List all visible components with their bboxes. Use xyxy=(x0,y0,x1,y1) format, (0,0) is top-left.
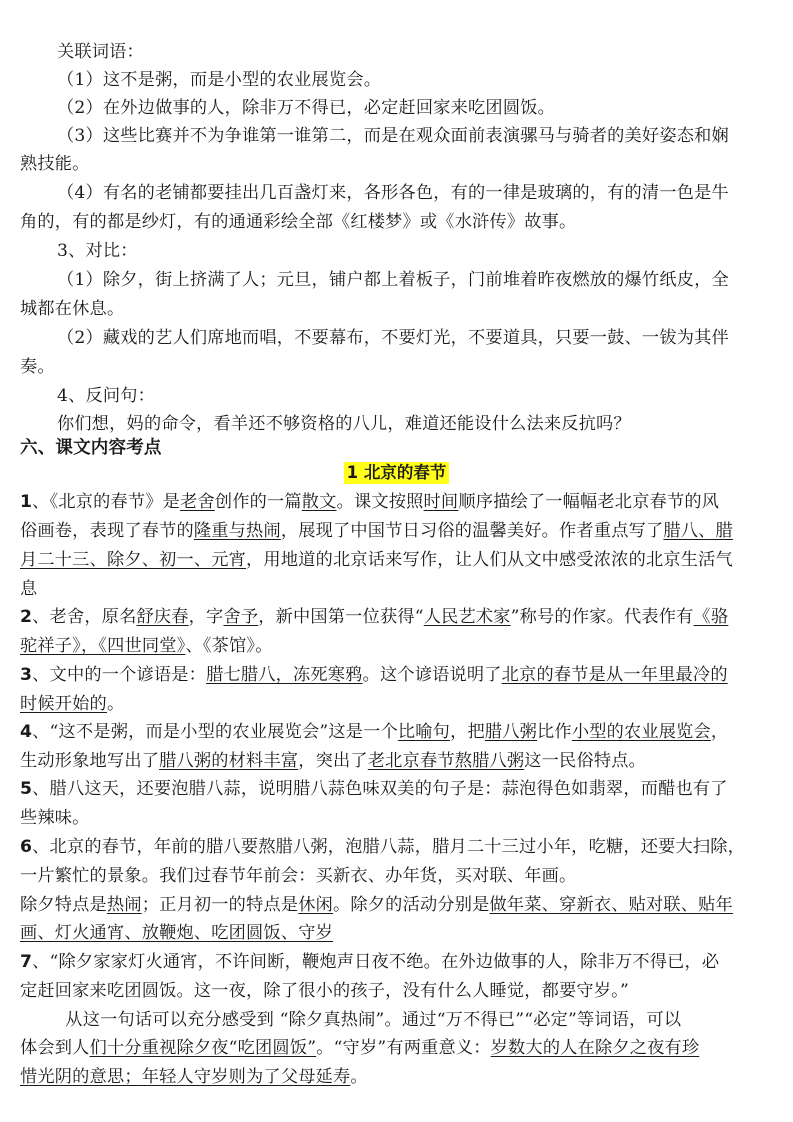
lesson-title-row: 1 北京的春节 xyxy=(0,462,793,484)
underlined-answer: 舍予 xyxy=(223,607,258,627)
text-segment: 。“守岁”有两重意义： xyxy=(316,1038,490,1058)
rhetorical-heading: 4、反问句： xyxy=(0,384,793,408)
point-3-line-1: 3、文中的一个谚语是：腊七腊八，冻死寒鸦。这个谚语说明了北京的春节是从一年里最冷… xyxy=(0,663,793,687)
related-words-item-4-cont: 角的，有的都是纱灯，有的通通彩绘全部《红楼梦》或《水浒传》故事。 xyxy=(0,210,793,234)
underlined-answer: 老舍 xyxy=(180,492,215,512)
contrast-item-1: （1）除夕，街上挤满了人；元旦，铺户都上着板子，门前堆着昨夜燃放的爆竹纸皮，全 xyxy=(0,268,793,292)
related-words-item-3: （3）这些比赛并不为争谁第一谁第二，而是在观众面前表演骡马与骑者的美好姿态和娴 xyxy=(0,124,793,148)
related-words-item-3-cont: 熟技能。 xyxy=(0,152,793,176)
related-words-item-1: （1）这不是粥，而是小型的农业展览会。 xyxy=(0,68,793,92)
contrast-item-2-cont: 奏。 xyxy=(0,355,793,379)
underlined-answer: 小型的农业展览会 xyxy=(572,722,711,742)
rhetorical-item-1: 你们想，妈的命令，看羊还不够资格的八儿，难道还能设什么法来反抗吗？ xyxy=(0,412,793,436)
point-1-line-2: 俗画卷，表现了春节的隆重与热闹，展现了中国节日习俗的温馨美好。作者重点写了腊八、… xyxy=(0,519,793,543)
related-words-item-2: （2）在外边做事的人，除非万不得已，必定赶回家来吃团圆饭。 xyxy=(0,96,793,120)
text-segment: 除夕特点是 xyxy=(20,895,107,915)
text-segment: 、腊八这天，还要泡腊八蒜，说明腊八蒜色味双美的句子是：蒜泡得色如翡翠，而醋也有了 xyxy=(32,779,728,799)
point-7-line-2: 定赶回家来吃团圆饭。这一夜，除了很小的孩子，没有什么人睡觉，都要守岁。” xyxy=(0,979,793,1003)
underlined-answer: 岁数大的人在除夕之夜有珍 xyxy=(491,1038,700,1058)
point-7-line-1: 7、“除夕家家灯火通宵，不许间断，鞭炮声日夜不绝。在外边做事的人，除非万不得已，… xyxy=(0,950,793,974)
underlined-answer: 散文 xyxy=(302,492,337,512)
point-6-line-4: 画、灯火通宵、放鞭炮、吃团圆饭、守岁 xyxy=(0,921,793,945)
point-4-line-1: 4、“这不是粥，而是小型的农业展览会”这是一个比喻句，把腊八粥比作小型的农业展览… xyxy=(0,720,793,744)
text-segment: 。这个谚语说明了 xyxy=(363,665,502,685)
underlined-answer: 时候开始的 xyxy=(20,694,107,714)
point-number: 6 xyxy=(20,837,32,857)
underlined-answer: 做年菜、穿新衣、贴对联、贴年 xyxy=(490,895,733,915)
underlined-answer: 驼祥子》，《四世同堂》 xyxy=(20,636,185,656)
point-1-line-1: 1、《北京的春节》是老舍创作的一篇散文。课文按照时间顺序描绘了一幅幅老北京春节的… xyxy=(0,490,793,514)
text-segment: 这一民俗特点。 xyxy=(524,751,646,771)
underlined-answer: 月二十三、除夕、初一、元宵 xyxy=(20,550,246,570)
underlined-answer: 腊八粥的材料丰富 xyxy=(159,751,298,771)
text-segment: 体会到人 xyxy=(20,1038,90,1058)
text-segment: ，新中国第一位获得“ xyxy=(258,607,423,627)
related-words-item-4: （4）有名的老铺都要挂出几百盏灯来，各形各色，有的一律是玻璃的，有的清一色是牛 xyxy=(0,181,793,205)
point-1-line-4: 息 xyxy=(0,577,793,601)
underlined-answer: 热闹 xyxy=(107,895,142,915)
text-segment: ，字 xyxy=(189,607,224,627)
text-segment: ”称号的作家。代表作有 xyxy=(511,607,694,627)
text-segment: 。 xyxy=(350,1067,367,1087)
point-4-line-2: 生动形象地写出了腊八粥的材料丰富，突出了老北京春节熬腊八粥这一民俗特点。 xyxy=(0,749,793,773)
text-segment: 定赶回家来吃团圆饭。这一夜，除了很小的孩子，没有什么人睡觉，都要守岁。” xyxy=(20,981,629,1001)
text-segment: 些辣味。 xyxy=(20,808,90,828)
underlined-answer: 老北京春节熬腊八粥 xyxy=(368,751,525,771)
underlined-answer: 比喻句 xyxy=(398,722,450,742)
text-segment: 。除夕的活动分别是 xyxy=(333,895,490,915)
point-5-line-1: 5、腊八这天，还要泡腊八蒜，说明腊八蒜色味双美的句子是：蒜泡得色如翡翠，而醋也有… xyxy=(0,777,793,801)
underlined-answer: 腊八粥 xyxy=(485,722,537,742)
point-2-line-2: 驼祥子》，《四世同堂》、《茶馆》。 xyxy=(0,634,793,658)
underlined-answer: 舒庆春 xyxy=(137,607,189,627)
text-segment: 俗画卷，表现了春节的 xyxy=(20,521,194,541)
text-segment: 、“这不是粥，而是小型的农业展览会”这是一个 xyxy=(32,722,398,742)
point-number: 2 xyxy=(20,607,32,627)
contrast-item-2: （2）藏戏的艺人们席地而唱，不要幕布，不要灯光，不要道具，只要一鼓、一钹为其伴 xyxy=(0,326,793,350)
text-segment: ， xyxy=(711,722,728,742)
text-segment: 一片繁忙的景象。我们过春节年前会：买新衣、办年货，买对联、年画。 xyxy=(20,866,576,886)
text-segment: ，把 xyxy=(450,722,485,742)
point-6-line-1: 6、北京的春节，年前的腊八要熬腊八粥，泡腊八蒜，腊月二十三过小年，吃糖，还要大扫… xyxy=(0,835,793,859)
point-7-line-3: 从这一句话可以充分感受到 “除夕真热闹”。通过“万不得已”“必定”等词语，可以 xyxy=(0,1008,793,1032)
text-segment: 、文中的一个谚语是： xyxy=(32,665,206,685)
underlined-answer: 人民艺术家 xyxy=(424,607,511,627)
point-7-line-5: 惜光阴的意思；年轻人守岁则为了父母延寿。 xyxy=(0,1065,793,1089)
text-segment: 从这一句话可以充分感受到 “除夕真热闹”。通过“万不得已”“必定”等词语，可以 xyxy=(20,1010,681,1030)
point-2-line-1: 2、老舍，原名舒庆春，字舍予，新中国第一位获得“人民艺术家”称号的作家。代表作有… xyxy=(0,605,793,629)
underlined-answer: 惜光阴的意思；年轻人守岁则为了父母延寿 xyxy=(20,1067,350,1087)
text-segment: ，展现了中国节日习俗的温馨美好。作者重点写了 xyxy=(281,521,664,541)
text-segment: ，突出了 xyxy=(298,751,368,771)
underlined-answer: 休闲 xyxy=(298,895,333,915)
point-number: 3 xyxy=(20,665,32,685)
document-page: 关联词语： （1）这不是粥，而是小型的农业展览会。 （2）在外边做事的人，除非万… xyxy=(0,0,793,1122)
text-segment: 、《北京的春节》是 xyxy=(32,492,180,512)
point-1-line-3: 月二十三、除夕、初一、元宵，用地道的北京话来写作，让人们从文中感受浓浓的北京生活… xyxy=(0,548,793,572)
point-5-line-2: 些辣味。 xyxy=(0,806,793,830)
related-words-heading: 关联词语： xyxy=(0,40,793,64)
text-segment: 创作的一篇 xyxy=(215,492,302,512)
text-segment: 、老舍，原名 xyxy=(32,607,136,627)
point-number: 1 xyxy=(20,492,32,512)
underlined-answer: 画、灯火通宵、放鞭炮、吃团圆饭、守岁 xyxy=(20,923,333,943)
chapter-heading: 六、课文内容考点 xyxy=(0,436,793,460)
point-3-line-2: 时候开始的。 xyxy=(0,692,793,716)
point-6-line-3: 除夕特点是热闹；正月初一的特点是休闲。除夕的活动分别是做年菜、穿新衣、贴对联、贴… xyxy=(0,893,793,917)
text-segment: 。课文按照 xyxy=(337,492,424,512)
text-segment: 、《茶馆》。 xyxy=(185,636,272,656)
text-segment: ，用地道的北京话来写作，让人们从文中感受浓浓的北京生活气 xyxy=(246,550,733,570)
text-segment: ；正月初一的特点是 xyxy=(142,895,299,915)
lesson-title: 1 北京的春节 xyxy=(344,462,450,484)
underlined-answer: 《骆 xyxy=(694,607,729,627)
point-7-line-4: 体会到人们十分重视除夕夜“吃团圆饭”。“守岁”有两重意义：岁数大的人在除夕之夜有… xyxy=(0,1036,793,1060)
underlined-answer: 们十分重视除夕夜“吃团圆饭” xyxy=(90,1038,317,1058)
point-number: 4 xyxy=(20,722,32,742)
text-segment: 、“除夕家家灯火通宵，不许间断，鞭炮声日夜不绝。在外边做事的人，除非万不得已，必 xyxy=(32,952,719,972)
underlined-answer: 北京的春节是从一年里最冷的 xyxy=(502,665,728,685)
text-segment: 。 xyxy=(107,694,124,714)
text-segment: 顺序描绘了一幅幅老北京春节的风 xyxy=(458,492,719,512)
contrast-item-1-cont: 城都在休息。 xyxy=(0,297,793,321)
point-6-line-2: 一片繁忙的景象。我们过春节年前会：买新衣、办年货，买对联、年画。 xyxy=(0,864,793,888)
point-number: 5 xyxy=(20,779,32,799)
text-segment: 息 xyxy=(20,579,37,599)
text-segment: 比作 xyxy=(537,722,572,742)
contrast-heading: 3、对比： xyxy=(0,239,793,263)
text-segment: 生动形象地写出了 xyxy=(20,751,159,771)
point-number: 7 xyxy=(20,952,32,972)
underlined-answer: 腊七腊八，冻死寒鸦 xyxy=(206,665,363,685)
text-segment: 、北京的春节，年前的腊八要熬腊八粥，泡腊八蒜，腊月二十三过小年，吃糖，还要大扫除… xyxy=(32,837,745,857)
underlined-answer: 腊八、腊 xyxy=(663,521,733,541)
underlined-answer: 时间 xyxy=(424,492,459,512)
underlined-answer: 隆重与热闹 xyxy=(194,521,281,541)
